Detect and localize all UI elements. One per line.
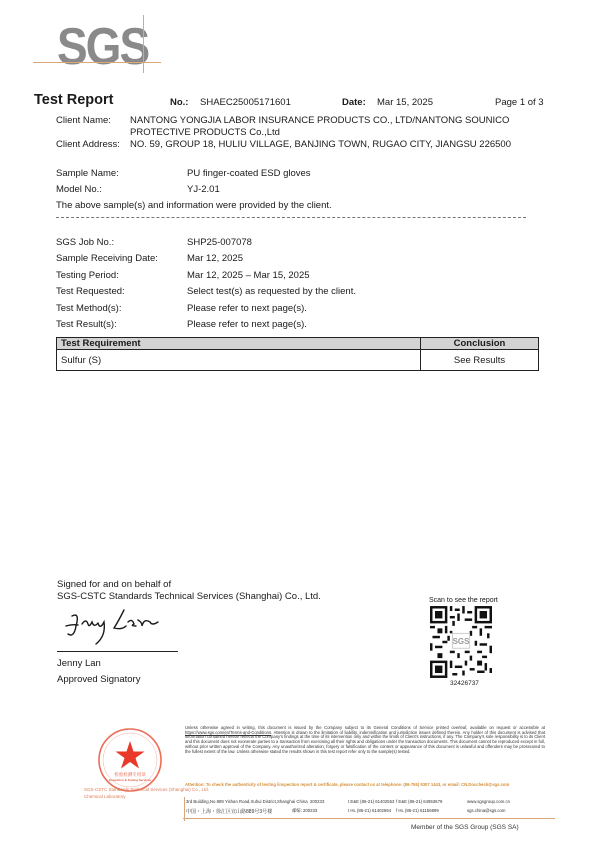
client-name-label: Client Name: <box>56 115 111 126</box>
legal-disclaimer: Unless otherwise agreed in writing, this… <box>185 726 545 754</box>
table-header-row: Test Requirement Conclusion <box>57 338 539 350</box>
qr-code[interactable]: SGS <box>430 606 492 678</box>
signed-on-behalf: Signed for and on behalf of <box>57 579 171 590</box>
telephone-ee: t E&E (86-21) 61402553 <box>348 799 394 804</box>
member-of-sgs-group: Member of the SGS Group (SGS SA) <box>411 824 519 831</box>
receiving-date: Mar 12, 2025 <box>187 253 243 264</box>
report-title: Test Report <box>34 92 114 108</box>
model-no-label: Model No.: <box>56 184 102 195</box>
website-link[interactable]: www.sgsgroup.com.cn <box>467 799 510 804</box>
telephone-hl: t HL (86-21) 61402594 <box>348 808 391 813</box>
job-no-label: SGS Job No.: <box>56 237 114 248</box>
testing-period-label: Testing Period: <box>56 270 119 281</box>
qr-caption: Scan to see the report <box>429 597 498 604</box>
dashed-divider <box>56 217 526 218</box>
table-row: Sulfur (S) See Results <box>57 350 539 371</box>
receiving-date-label: Sample Receiving Date: <box>56 253 158 264</box>
report-date-label: Date: <box>342 97 366 108</box>
sample-note: The above sample(s) and information were… <box>56 200 332 211</box>
stamp-center-en: Inspection & Testing Services <box>109 778 152 782</box>
test-method: Please refer to next page(s). <box>187 303 307 314</box>
sample-name: PU finger-coated ESD gloves <box>187 168 311 179</box>
cell-test-requirement: Sulfur (S) <box>57 350 421 371</box>
test-requirement-table: Test Requirement Conclusion Sulfur (S) S… <box>56 337 539 371</box>
signatory-name: Jenny Lan <box>57 658 101 669</box>
sgs-logo: SGS <box>33 12 161 74</box>
fax-hl: f HL (86-21) 61156899 <box>396 808 439 813</box>
client-name-line2: PROTECTIVE PRODUCTS Co.,Ltd <box>130 127 280 138</box>
stamp-star-icon <box>116 741 145 769</box>
signatory-title: Approved Signatory <box>57 674 140 685</box>
sample-name-label: Sample Name: <box>56 168 119 179</box>
sgs-logo-text: SGS <box>57 16 148 76</box>
fax-ee: f E&E (86-21) 64953679 <box>396 799 442 804</box>
client-address-label: Client Address: <box>56 139 120 150</box>
address-en: 3rd Building,No.889 Yishan Road,Xuhui Di… <box>186 799 308 804</box>
footer-rule <box>183 818 555 819</box>
qr-number: 32426737 <box>450 680 479 687</box>
report-number-label: No.: <box>170 97 188 108</box>
test-method-label: Test Method(s): <box>56 303 121 314</box>
column-header-test-requirement: Test Requirement <box>57 338 421 350</box>
model-no: YJ-2.01 <box>187 184 220 195</box>
email-link[interactable]: sgs.china@sgs.com <box>467 808 506 813</box>
job-no: SHP25-007078 <box>187 237 252 248</box>
postcode-cn: 邮编: 200233 <box>292 808 317 814</box>
authenticity-notice: Attention: To check the authenticity of … <box>185 783 545 788</box>
logo-vertical-rule <box>143 15 144 73</box>
logo-horizontal-rule <box>33 62 161 63</box>
signing-company: SGS-CSTC Standards Technical Services (S… <box>57 591 321 602</box>
report-number: SHAEC25005171601 <box>200 97 291 108</box>
client-name-line1: NANTONG YONGJIA LABOR INSURANCE PRODUCTS… <box>130 115 509 126</box>
stamp-center-cn: 检验检测专用章 <box>114 771 146 778</box>
test-result: Please refer to next page(s). <box>187 319 307 330</box>
cell-conclusion: See Results <box>421 350 539 371</box>
stamp-side-text-2: Chemical Laboratory <box>84 794 126 799</box>
test-requested: Select test(s) as requested by the clien… <box>187 286 356 297</box>
testing-period: Mar 12, 2025 – Mar 15, 2025 <box>187 270 310 281</box>
page-indicator: Page 1 of 3 <box>495 97 544 108</box>
test-result-label: Test Result(s): <box>56 319 117 330</box>
address-cn: 中国・上海・徐汇区宜山路889号3号楼 <box>186 808 272 815</box>
test-requested-label: Test Requested: <box>56 286 125 297</box>
handwritten-signature <box>62 604 172 646</box>
stamp-side-text: SGS-CSTC Standards Technical Services (S… <box>84 787 209 792</box>
postcode-en: 200233 <box>310 799 324 804</box>
qr-center-label: SGS <box>453 637 470 646</box>
signature-line <box>57 651 178 652</box>
report-date: Mar 15, 2025 <box>377 97 433 108</box>
column-header-conclusion: Conclusion <box>421 338 539 350</box>
client-address: NO. 59, GROUP 18, HULIU VILLAGE, BANJING… <box>130 139 511 150</box>
